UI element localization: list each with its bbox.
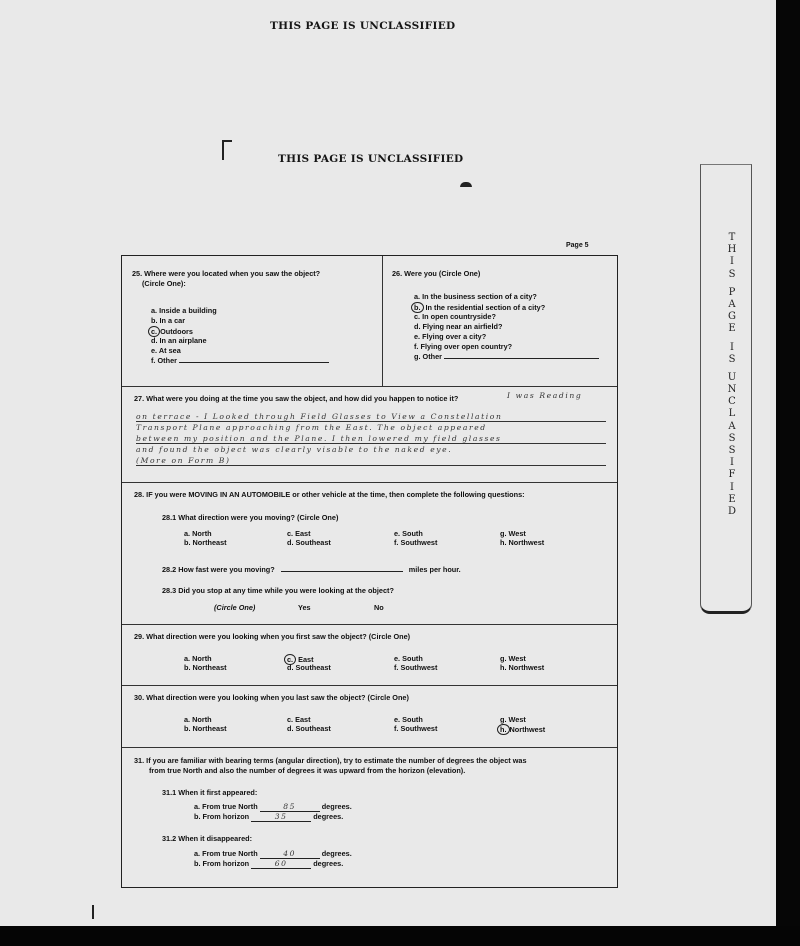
q30-option-e[interactable]: e. South (394, 715, 423, 724)
scanned-page: THIS PAGE IS UNCLASSIFIED THIS PAGE IS U… (0, 0, 776, 926)
q25-option-d[interactable]: d. In an airplane (151, 336, 207, 345)
side-letter: C (728, 396, 736, 408)
classification-stamp-second: THIS PAGE IS UNCLASSIFIED (278, 153, 463, 165)
side-letter: F (729, 469, 736, 481)
q26-option-a[interactable]: a. In the business section of a city? (414, 292, 537, 301)
side-letter: A (728, 299, 735, 311)
q30-option-g[interactable]: g. West (500, 715, 526, 724)
q25-option-b[interactable]: b. In a car (151, 316, 185, 325)
scan-border-bottom (0, 926, 800, 946)
q28-1-option-e[interactable]: e. South (394, 529, 423, 538)
q26-other-field[interactable] (444, 358, 599, 359)
q25-prompt: 25. Where were you located when you saw … (132, 269, 320, 278)
q30-option-b[interactable]: b. Northeast (184, 724, 227, 733)
scan-artifact (460, 182, 472, 187)
q27-handwritten-line-3: Transport Plane approaching from the Eas… (136, 423, 487, 432)
classification-stamp-top: THIS PAGE IS UNCLASSIFIED (270, 20, 455, 32)
scan-border-right (776, 0, 800, 946)
q29-option-g[interactable]: g. West (500, 654, 526, 663)
q27-handwritten-line-4: between my position and the Plane. I the… (136, 434, 606, 444)
side-letter: G (728, 311, 736, 323)
speed-field[interactable] (281, 571, 403, 572)
q26-prompt: 26. Were you (Circle One) (392, 269, 480, 278)
side-letter: E (728, 323, 735, 335)
q31-prompt-sub: from true North and also the number of d… (149, 766, 465, 775)
q28-1-option-h[interactable]: h. Northwest (500, 538, 544, 547)
q26-option-d[interactable]: d. Flying near an airfield? (414, 322, 502, 331)
q27-handwritten-line-5: and found the object was clearly visable… (136, 445, 452, 454)
side-letter: H (728, 244, 737, 256)
q27-handwritten-line-6: (More on Form B) (136, 456, 606, 466)
q28-1-option-a[interactable]: a. North (184, 529, 212, 538)
q31-2-true-north-field[interactable]: 40 (260, 849, 320, 859)
q28-1-option-f[interactable]: f. Southwest (394, 538, 437, 547)
q27-prompt: 27. What were you doing at the time you … (134, 394, 458, 403)
side-letter: I (730, 482, 734, 494)
q31-2-true-north-row: a. From true North 40 degrees. (194, 849, 352, 859)
q28-2-row: 28.2 How fast were you moving? miles per… (162, 565, 461, 574)
side-letter: S (729, 445, 736, 457)
q28-1-option-b[interactable]: b. Northeast (184, 538, 227, 547)
q31-2-title: 31.2 When it disappeared: (162, 834, 252, 843)
q25-option-f[interactable]: f. Other (151, 356, 329, 365)
q29-option-f[interactable]: f. Southwest (394, 663, 437, 672)
side-letter: T (729, 232, 736, 244)
q29-option-b[interactable]: b. Northeast (184, 663, 227, 672)
q30-option-f[interactable]: f. Southwest (394, 724, 437, 733)
q29-option-a[interactable]: a. North (184, 654, 212, 663)
q27-handwritten-line-1: I was Reading (507, 391, 582, 400)
q28-1-prompt: 28.1 What direction were you moving? (Ci… (162, 513, 338, 522)
q28-3-option-no[interactable]: No (374, 603, 384, 612)
side-letter: I (730, 457, 734, 469)
answer-circle: h. (497, 724, 510, 735)
q26-option-e[interactable]: e. Flying over a city? (414, 332, 486, 341)
q29-option-d[interactable]: d. Southeast (287, 663, 331, 672)
q28-3-prompt: 28.3 Did you stop at any time while you … (162, 586, 394, 595)
scan-artifact (222, 140, 224, 160)
q30-option-a[interactable]: a. North (184, 715, 212, 724)
q26-option-f[interactable]: f. Flying over open country? (414, 342, 512, 351)
section-q30: 30. What direction were you looking when… (122, 686, 617, 748)
q28-1-option-g[interactable]: g. West (500, 529, 526, 538)
side-letter: L (729, 408, 736, 420)
q31-1-title: 31.1 When it first appeared: (162, 788, 257, 797)
side-letter: A (728, 421, 735, 433)
side-letter: P (729, 287, 736, 299)
q28-1-option-c[interactable]: c. East (287, 529, 311, 538)
q31-1-horizon-field[interactable]: 35 (251, 812, 311, 822)
q28-1-option-d[interactable]: d. Southeast (287, 538, 331, 547)
side-letter: S (729, 354, 736, 366)
q29-option-h[interactable]: h. Northwest (500, 663, 544, 672)
side-letter: S (729, 269, 736, 281)
q31-2-horizon-field[interactable]: 60 (251, 859, 311, 869)
q30-prompt: 30. What direction were you looking when… (134, 693, 409, 702)
section-q28: 28. IF you were MOVING IN AN AUTOMOBILE … (122, 483, 617, 625)
side-letter: I (730, 342, 734, 354)
q30-option-h[interactable]: h.Northwest (500, 724, 545, 735)
q31-2-horizon-row: b. From horizon 60 degrees. (194, 859, 343, 869)
q28-3-option-yes[interactable]: Yes (298, 603, 311, 612)
q25-prompt-sub: (Circle One): (142, 279, 186, 288)
side-letter: N (728, 384, 737, 396)
scan-artifact (222, 140, 232, 142)
q30-option-c[interactable]: c. East (287, 715, 311, 724)
side-letter: D (728, 506, 736, 518)
q27-handwritten-line-2: on terrace - I Looked through Field Glas… (136, 412, 606, 422)
q31-1-true-north-row: a. From true North 85 degrees. (194, 802, 352, 812)
side-letter: E (728, 494, 735, 506)
section-q31: 31. If you are familiar with bearing ter… (122, 748, 617, 888)
scan-artifact (92, 905, 94, 919)
q25-option-e[interactable]: e. At sea (151, 346, 181, 355)
q25-other-field[interactable] (179, 362, 329, 363)
q30-option-d[interactable]: d. Southeast (287, 724, 331, 733)
column-divider (382, 256, 383, 386)
q28-prompt: 28. IF you were MOVING IN AN AUTOMOBILE … (134, 490, 525, 499)
q28-3-circle-label: (Circle One) (214, 603, 255, 612)
section-q27: 27. What were you doing at the time you … (122, 387, 617, 483)
section-q25-q26: 25. Where were you located when you saw … (122, 256, 617, 387)
questionnaire-form: 25. Where were you located when you saw … (121, 255, 618, 888)
q26-option-g[interactable]: g. Other (414, 352, 599, 361)
q29-option-e[interactable]: e. South (394, 654, 423, 663)
side-letter: S (729, 433, 736, 445)
side-letter: U (728, 372, 736, 384)
side-letter: I (730, 256, 734, 268)
q26-option-c[interactable]: c. In open countryside? (414, 312, 496, 321)
side-classification-stamp: T H I S P A G E I S U N C L A S S I F I … (722, 232, 742, 518)
q31-1-horizon-row: b. From horizon 35 degrees. (194, 812, 343, 822)
q31-1-true-north-field[interactable]: 85 (260, 802, 320, 812)
page-number: Page 5 (566, 242, 589, 249)
q29-prompt: 29. What direction were you looking when… (134, 632, 410, 641)
section-q29: 29. What direction were you looking when… (122, 625, 617, 686)
q25-option-a[interactable]: a. Inside a building (151, 306, 217, 315)
q31-prompt: 31. If you are familiar with bearing ter… (134, 756, 527, 765)
